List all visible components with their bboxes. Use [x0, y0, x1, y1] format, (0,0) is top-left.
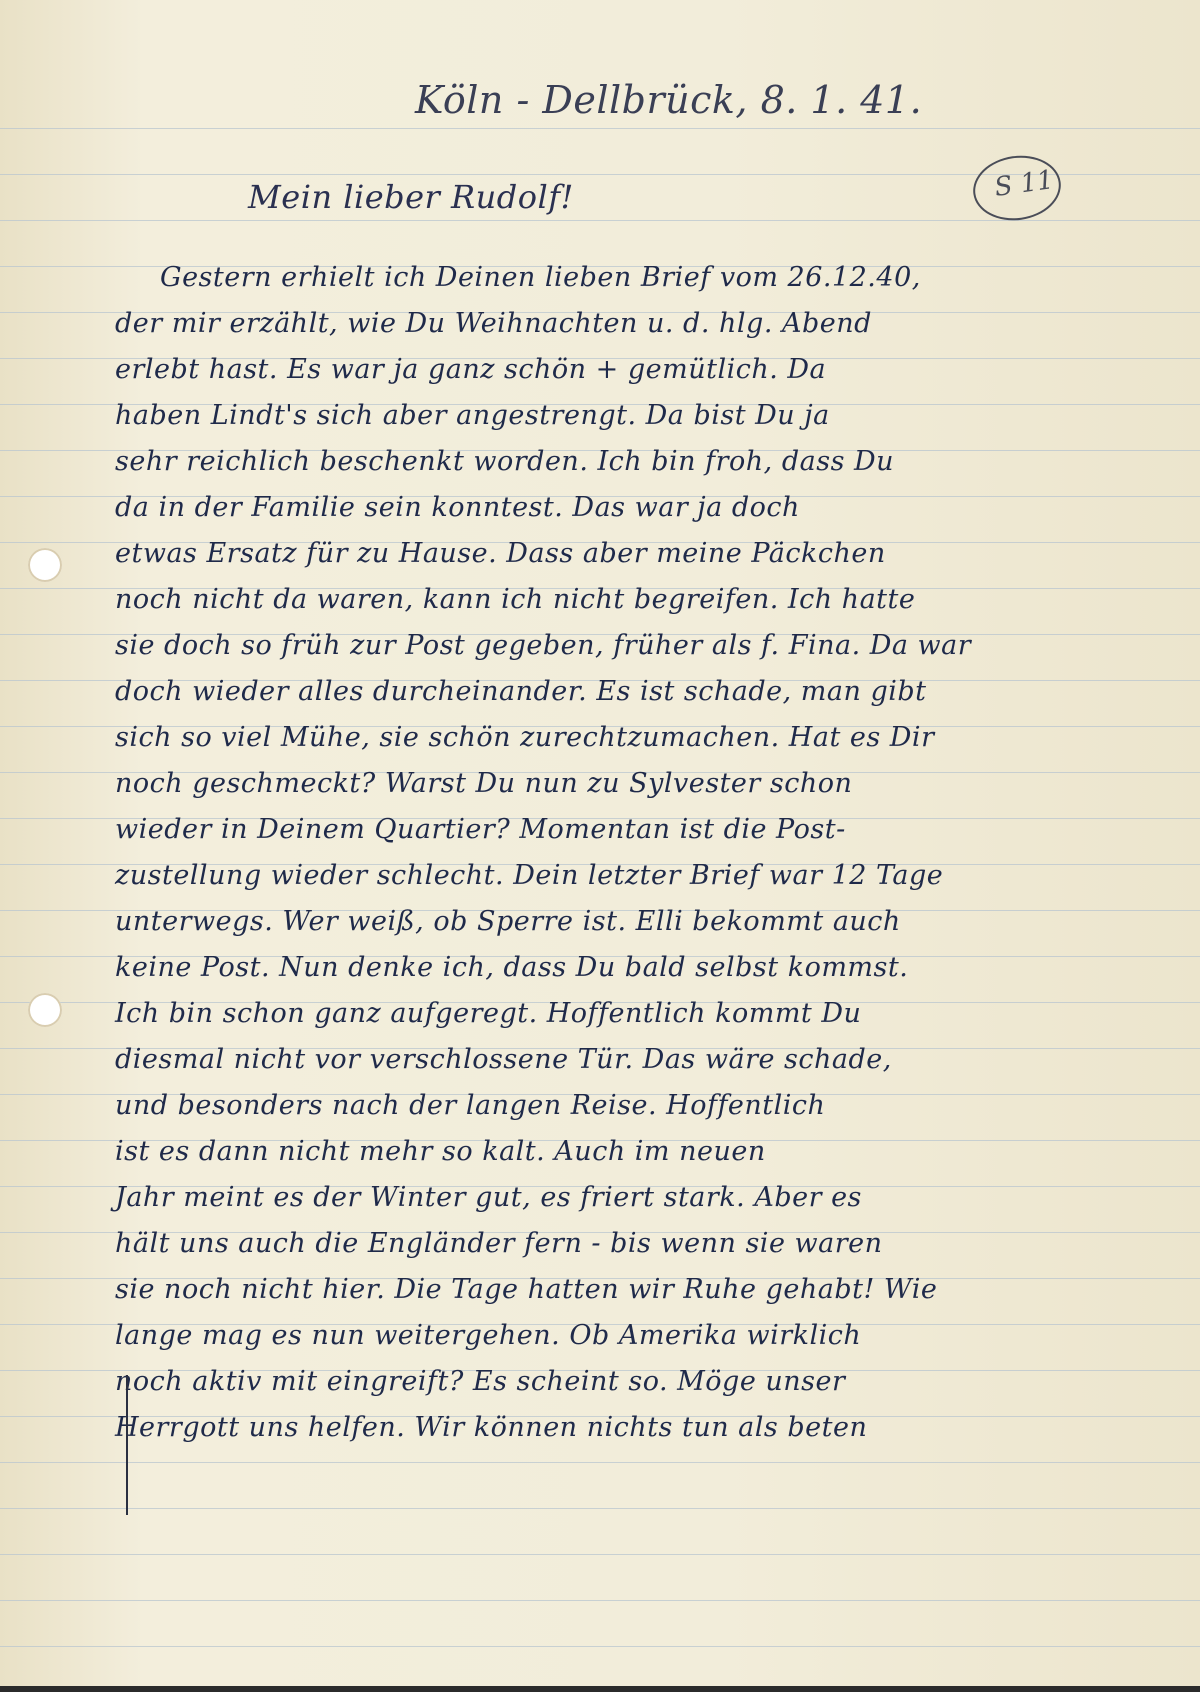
salutation: Mein lieber Rudolf!: [248, 178, 574, 216]
ruling-line: [0, 1600, 1200, 1601]
letter-line: Jahr meint es der Winter gut, es friert …: [115, 1182, 862, 1213]
letter-line: hält uns auch die Engländer fern - bis w…: [115, 1228, 882, 1259]
letter-line: diesmal nicht vor verschlossene Tür. Das…: [115, 1044, 892, 1075]
letter-line: unterwegs. Wer weiß, ob Sperre ist. Elli…: [115, 906, 901, 937]
letter-line: da in der Familie sein konntest. Das war…: [115, 492, 800, 523]
ruling-line: [0, 128, 1200, 129]
letter-line: etwas Ersatz für zu Hause. Dass aber mei…: [115, 538, 886, 569]
letter-line: sie doch so früh zur Post gegeben, frühe…: [115, 630, 971, 661]
letter-page: Köln - Dellbrück, 8. 1. 41. S 11 Mein li…: [0, 0, 1200, 1692]
letter-line: sehr reichlich beschenkt worden. Ich bin…: [115, 446, 894, 477]
archive-mark-text: S 11: [993, 165, 1056, 203]
letter-line: Herrgott uns helfen. Wir können nichts t…: [115, 1412, 867, 1443]
ruling-line: [0, 1646, 1200, 1647]
letter-line: ist es dann nicht mehr so kalt. Auch im …: [115, 1136, 766, 1167]
margin-mark: [126, 1375, 128, 1515]
letter-line: und besonders nach der langen Reise. Hof…: [115, 1090, 825, 1121]
letter-line: zustellung wieder schlecht. Dein letzter…: [115, 860, 943, 891]
letter-line: noch nicht da waren, kann ich nicht begr…: [115, 584, 915, 615]
letter-line: noch aktiv mit eingreift? Es scheint so.…: [115, 1366, 845, 1397]
letter-line: doch wieder alles durcheinander. Es ist …: [115, 676, 927, 707]
letter-line: sie noch nicht hier. Die Tage hatten wir…: [115, 1274, 937, 1305]
punch-hole-lower: [28, 993, 62, 1027]
letter-line: lange mag es nun weitergehen. Ob Amerika…: [115, 1320, 861, 1351]
punch-hole-upper: [28, 548, 62, 582]
place-date: Köln - Dellbrück, 8. 1. 41.: [415, 78, 922, 122]
ruling-line: [0, 220, 1200, 221]
letter-line: wieder in Deinem Quartier? Momentan ist …: [115, 814, 846, 845]
ruling-line: [0, 1462, 1200, 1463]
page-bottom-edge: [0, 1686, 1200, 1692]
letter-line: sich so viel Mühe, sie schön zurechtzuma…: [115, 722, 934, 753]
letter-line: der mir erzählt, wie Du Weihnachten u. d…: [115, 308, 872, 339]
letter-line: keine Post. Nun denke ich, dass Du bald …: [115, 952, 908, 983]
ruling-line: [0, 1554, 1200, 1555]
letter-line: noch geschmeckt? Warst Du nun zu Sylvest…: [115, 768, 852, 799]
letter-line: erlebt hast. Es war ja ganz schön + gemü…: [115, 354, 826, 385]
ruling-line: [0, 1508, 1200, 1509]
letter-line: haben Lindt's sich aber angestrengt. Da …: [115, 400, 830, 431]
archive-mark: S 11: [969, 150, 1065, 226]
letter-line: Gestern erhielt ich Deinen lieben Brief …: [160, 262, 921, 293]
letter-line: Ich bin schon ganz aufgeregt. Hoffentlic…: [115, 998, 861, 1029]
